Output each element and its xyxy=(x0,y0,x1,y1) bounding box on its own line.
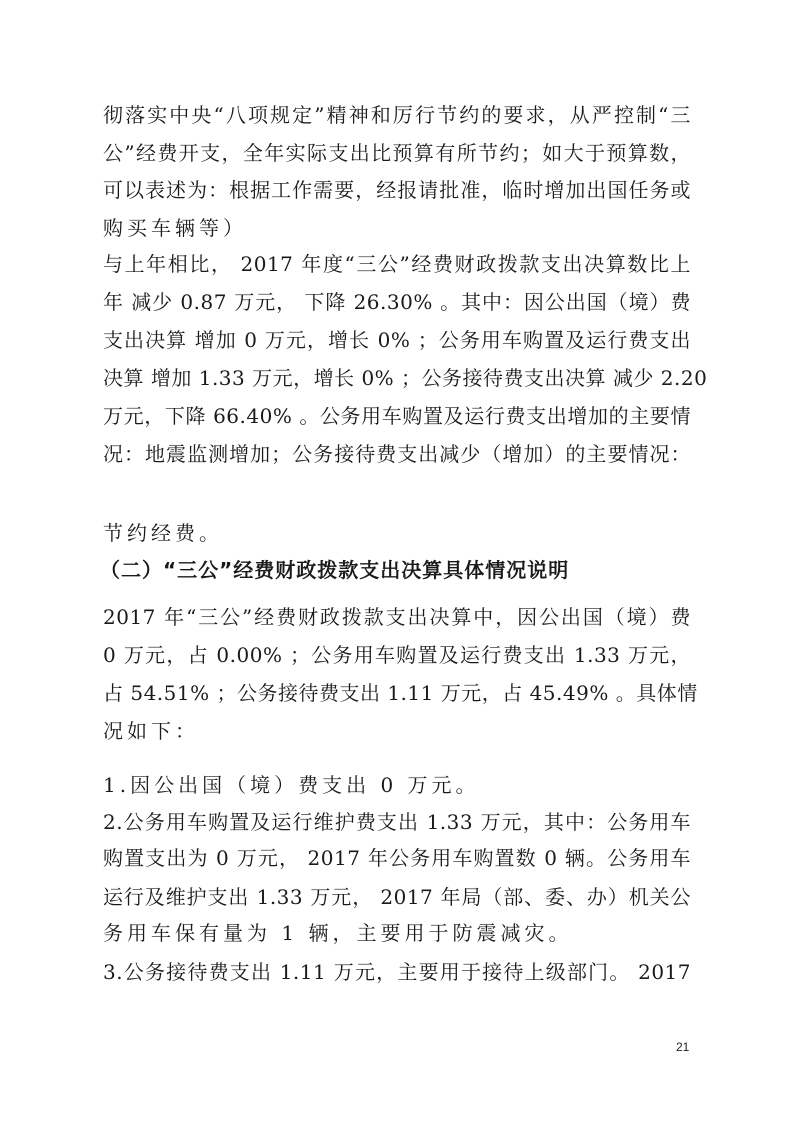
text-line: 务用车保有量为 1 辆，主要用于防震减灾。 xyxy=(103,918,691,948)
text-line: 购置支出为 0 万元， 2017 年公务用车购置数 0 辆。公务用车 xyxy=(103,843,691,873)
text-line: 可以表述为：根据工作需要，经报请批准，临时增加出国任务或 xyxy=(103,175,691,205)
list-item: 1.因公出国（境）费支出 0 万元。 xyxy=(103,770,691,800)
text-line: 况如下： xyxy=(103,716,691,746)
text-line: 公”经费开支，全年实际支出比预算有所节约；如大于预算数， xyxy=(103,138,691,168)
text-line: 购买车辆等） xyxy=(103,213,691,243)
text-line: 支出决算 增加 0 万元，增长 0% ；公务用车购置及运行费支出 xyxy=(103,325,691,355)
list-item: 2.公务用车购置及运行维护费支出 1.33 万元，其中：公务用车 xyxy=(103,807,691,837)
page-number: 21 xyxy=(676,1040,689,1054)
text-line: 年 减少 0.87 万元， 下降 26.30% 。其中：因公出国（境）费 xyxy=(103,287,691,317)
text-line: 彻落实中央“八项规定”精神和厉行节约的要求，从严控制“三 xyxy=(103,100,691,130)
text-line: 占 54.51% ；公务接待费支出 1.11 万元，占 45.49% 。具体情 xyxy=(103,678,691,708)
text-line: 运行及维护支出 1.33 万元， 2017 年局（部、委、办）机关公 xyxy=(103,882,691,912)
section-heading: （二）“三公”经费财政拨款支出决算具体情况说明 xyxy=(100,555,688,585)
list-item: 3.公务接待费支出 1.11 万元，主要用于接待上级部门。 2017 xyxy=(103,957,691,987)
text-line: 与上年相比， 2017 年度“三公”经费财政拨款支出决算数比上 xyxy=(103,249,691,279)
text-line: 万元，下降 66.40% 。公务用车购置及运行费支出增加的主要情 xyxy=(103,401,691,431)
text-line: 决算 增加 1.33 万元，增长 0% ；公务接待费支出决算 减少 2.20 xyxy=(103,363,691,393)
document-page: 彻落实中央“八项规定”精神和厉行节约的要求，从严控制“三 公”经费开支，全年实际… xyxy=(0,0,793,1122)
text-line: 况：地震监测增加；公务接待费支出减少（增加）的主要情况： xyxy=(103,439,691,469)
text-line: 2017 年“三公”经费财政拨款支出决算中，因公出国（境）费 xyxy=(103,602,691,632)
text-line: 节约经费。 xyxy=(103,518,691,548)
text-line: 0 万元，占 0.00% ；公务用车购置及运行费支出 1.33 万元， xyxy=(103,640,691,670)
